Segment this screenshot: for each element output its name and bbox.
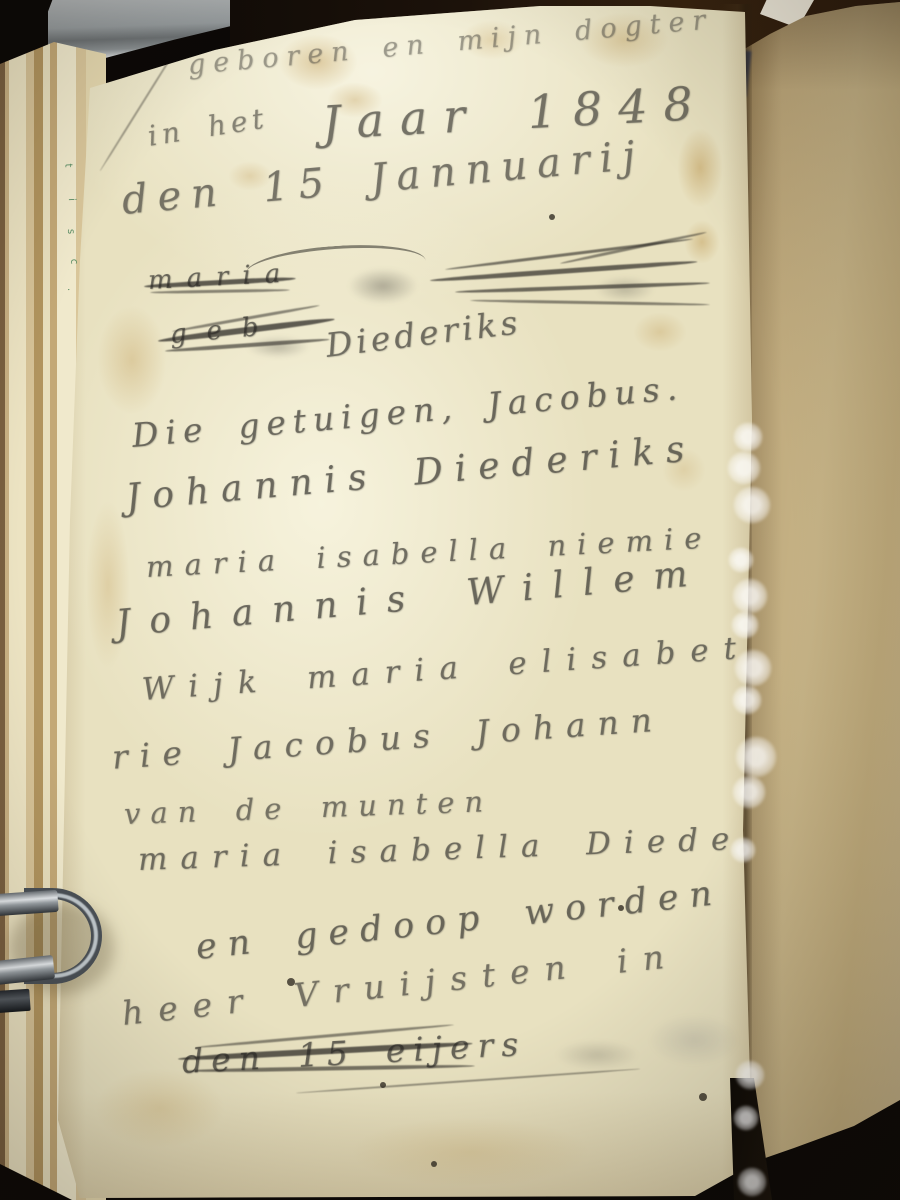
edge-print-mark: s bbox=[65, 229, 76, 235]
page-edge-print: tisc. bbox=[0, 0, 900, 1200]
binder-clip bbox=[0, 876, 126, 1018]
edge-print-mark: t bbox=[62, 163, 73, 167]
photo-stage: geboren en mijn dogterin hetJaar 1848den… bbox=[0, 0, 900, 1200]
edge-print-mark: i bbox=[66, 198, 77, 201]
edge-print-mark: c bbox=[68, 259, 79, 265]
binder-clip-stub bbox=[0, 989, 31, 1013]
binder-clip-prong-top bbox=[0, 890, 59, 916]
edge-print-mark: . bbox=[65, 288, 76, 292]
